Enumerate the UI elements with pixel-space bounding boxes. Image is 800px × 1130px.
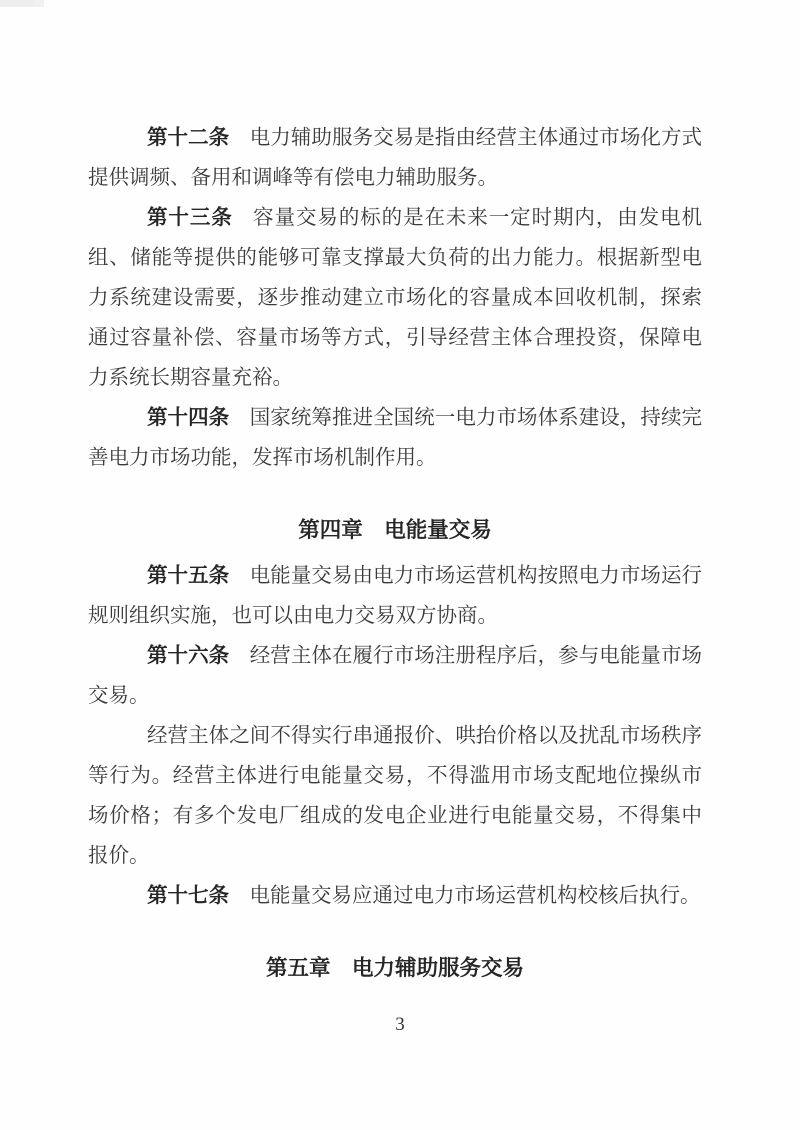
article-number-label: 第十三条 <box>147 206 233 229</box>
article-text: 经营主体之间不得实行串通报价、哄抬价格以及扰乱市场秩序等行为。经营主体进行电能量… <box>88 725 702 867</box>
document-body: 第十二条电力辅助服务交易是指由经营主体通过市场化方式提供调频、备用和调峰等有偿电… <box>88 118 702 994</box>
article-text: 电能量交易应通过电力市场运营机构校核后执行。 <box>250 885 701 907</box>
article-paragraph: 第十二条电力辅助服务交易是指由经营主体通过市场化方式提供调频、备用和调峰等有偿电… <box>88 118 702 198</box>
article-number-label: 第十四条 <box>147 406 229 429</box>
article-text: 容量交易的标的是在未来一定时期内，由发电机组、储能等提供的能够可靠支撑最大负荷的… <box>88 207 702 389</box>
article-number-label: 第十二条 <box>147 126 229 149</box>
article-paragraph: 第十五条电能量交易由电力市场运营机构按照电力市场运行规则组织实施，也可以由电力交… <box>88 556 702 636</box>
article-number-label: 第十六条 <box>147 644 229 667</box>
article-paragraph: 第十七条电能量交易应通过电力市场运营机构校核后执行。 <box>88 876 702 916</box>
document-page: 第十二条电力辅助服务交易是指由经营主体通过市场化方式提供调频、备用和调峰等有偿电… <box>0 0 800 1130</box>
article-paragraph: 经营主体之间不得实行串通报价、哄抬价格以及扰乱市场秩序等行为。经营主体进行电能量… <box>88 716 702 876</box>
page-number: 3 <box>0 1012 800 1038</box>
article-number-label: 第十七条 <box>147 884 229 907</box>
article-paragraph: 第十四条国家统筹推进全国统一电力市场体系建设，持续完善电力市场功能，发挥市场机制… <box>88 398 702 478</box>
article-number-label: 第十五条 <box>147 564 229 587</box>
article-paragraph: 第十六条经营主体在履行市场注册程序后，参与电能量市场交易。 <box>88 636 702 716</box>
chapter-heading: 第五章 电力辅助服务交易 <box>88 948 702 988</box>
chapter-heading: 第四章 电能量交易 <box>88 510 702 550</box>
scan-artifact <box>0 0 18 5</box>
article-paragraph: 第十三条容量交易的标的是在未来一定时期内，由发电机组、储能等提供的能够可靠支撑最… <box>88 198 702 398</box>
